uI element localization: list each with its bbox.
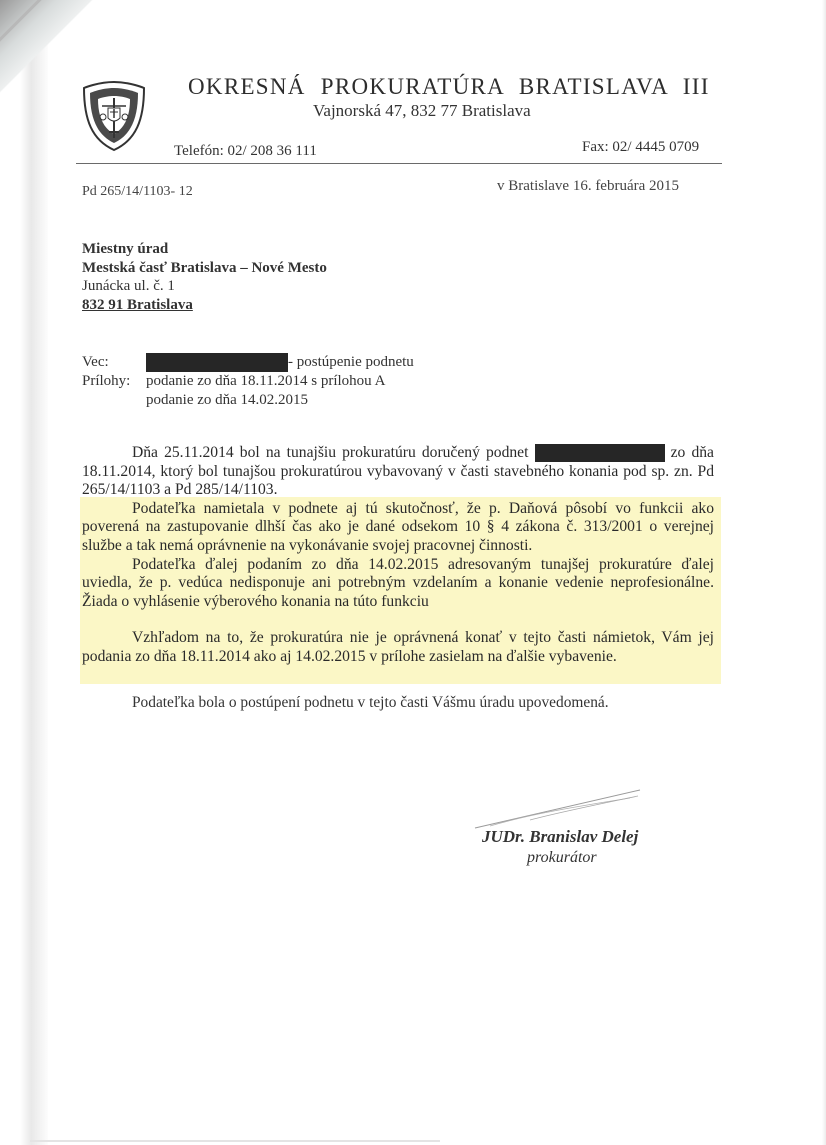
subject-label: Vec: — [82, 353, 146, 372]
signatory-name: JUDr. Branislav Delej — [482, 827, 638, 847]
recipient-line-3: Junácka ul. č. 1 — [82, 277, 327, 296]
closing-sentence: Podateľka bola o postúpení podnetu v tej… — [132, 694, 609, 712]
office-title: OKRESNÁ PROKURATÚRA BRATISLAVA III — [188, 74, 710, 100]
paragraph-4: Vzhľadom na to, že prokuratúra nie je op… — [82, 629, 714, 666]
recipient-address: Miestny úrad Mestská časť Bratislava – N… — [82, 240, 327, 314]
header-divider — [76, 163, 722, 164]
prosecutor-emblem-icon — [80, 80, 148, 152]
attachment-item: podanie zo dňa 14.02.2015 — [146, 391, 308, 410]
paragraph-1: Dňa 25.11.2014 bol na tunajšiu prokuratú… — [82, 444, 714, 500]
office-phone: Telefón: 02/ 208 36 111 — [174, 143, 317, 160]
recipient-line-2: Mestská časť Bratislava – Nové Mesto — [82, 259, 327, 278]
recipient-line-4: 832 91 Bratislava — [82, 296, 327, 315]
paragraph-2: Podateľka namietala v podnete aj tú skut… — [82, 500, 714, 556]
scan-edge — [822, 0, 826, 1145]
paragraph-3: Podateľka ďalej podaním zo dňa 14.02.201… — [82, 556, 714, 612]
letter-body: Dňa 25.11.2014 bol na tunajšiu prokuratú… — [82, 444, 714, 667]
letter-date: v Bratislave 16. februára 2015 — [497, 178, 679, 195]
redaction-block — [535, 444, 665, 462]
scan-shadow — [20, 40, 48, 1145]
office-address: Vajnorská 47, 832 77 Bratislava — [313, 101, 531, 121]
subject-text: - postúpenie podnetu — [288, 353, 414, 372]
attachment-item: podanie zo dňa 18.11.2014 s prílohou A — [146, 372, 385, 391]
redaction-block — [146, 353, 288, 372]
office-fax: Fax: 02/ 4445 0709 — [582, 139, 699, 156]
scan-artifact-line — [30, 1140, 440, 1142]
recipient-line-1: Miestny úrad — [82, 240, 327, 259]
attachments-label: Prílohy: — [82, 372, 146, 391]
subject-block: Vec: - postúpenie podnetu Prílohy: podan… — [82, 353, 414, 409]
signatory-role: prokurátor — [527, 849, 597, 867]
reference-number: Pd 265/14/1103- 12 — [82, 184, 193, 200]
